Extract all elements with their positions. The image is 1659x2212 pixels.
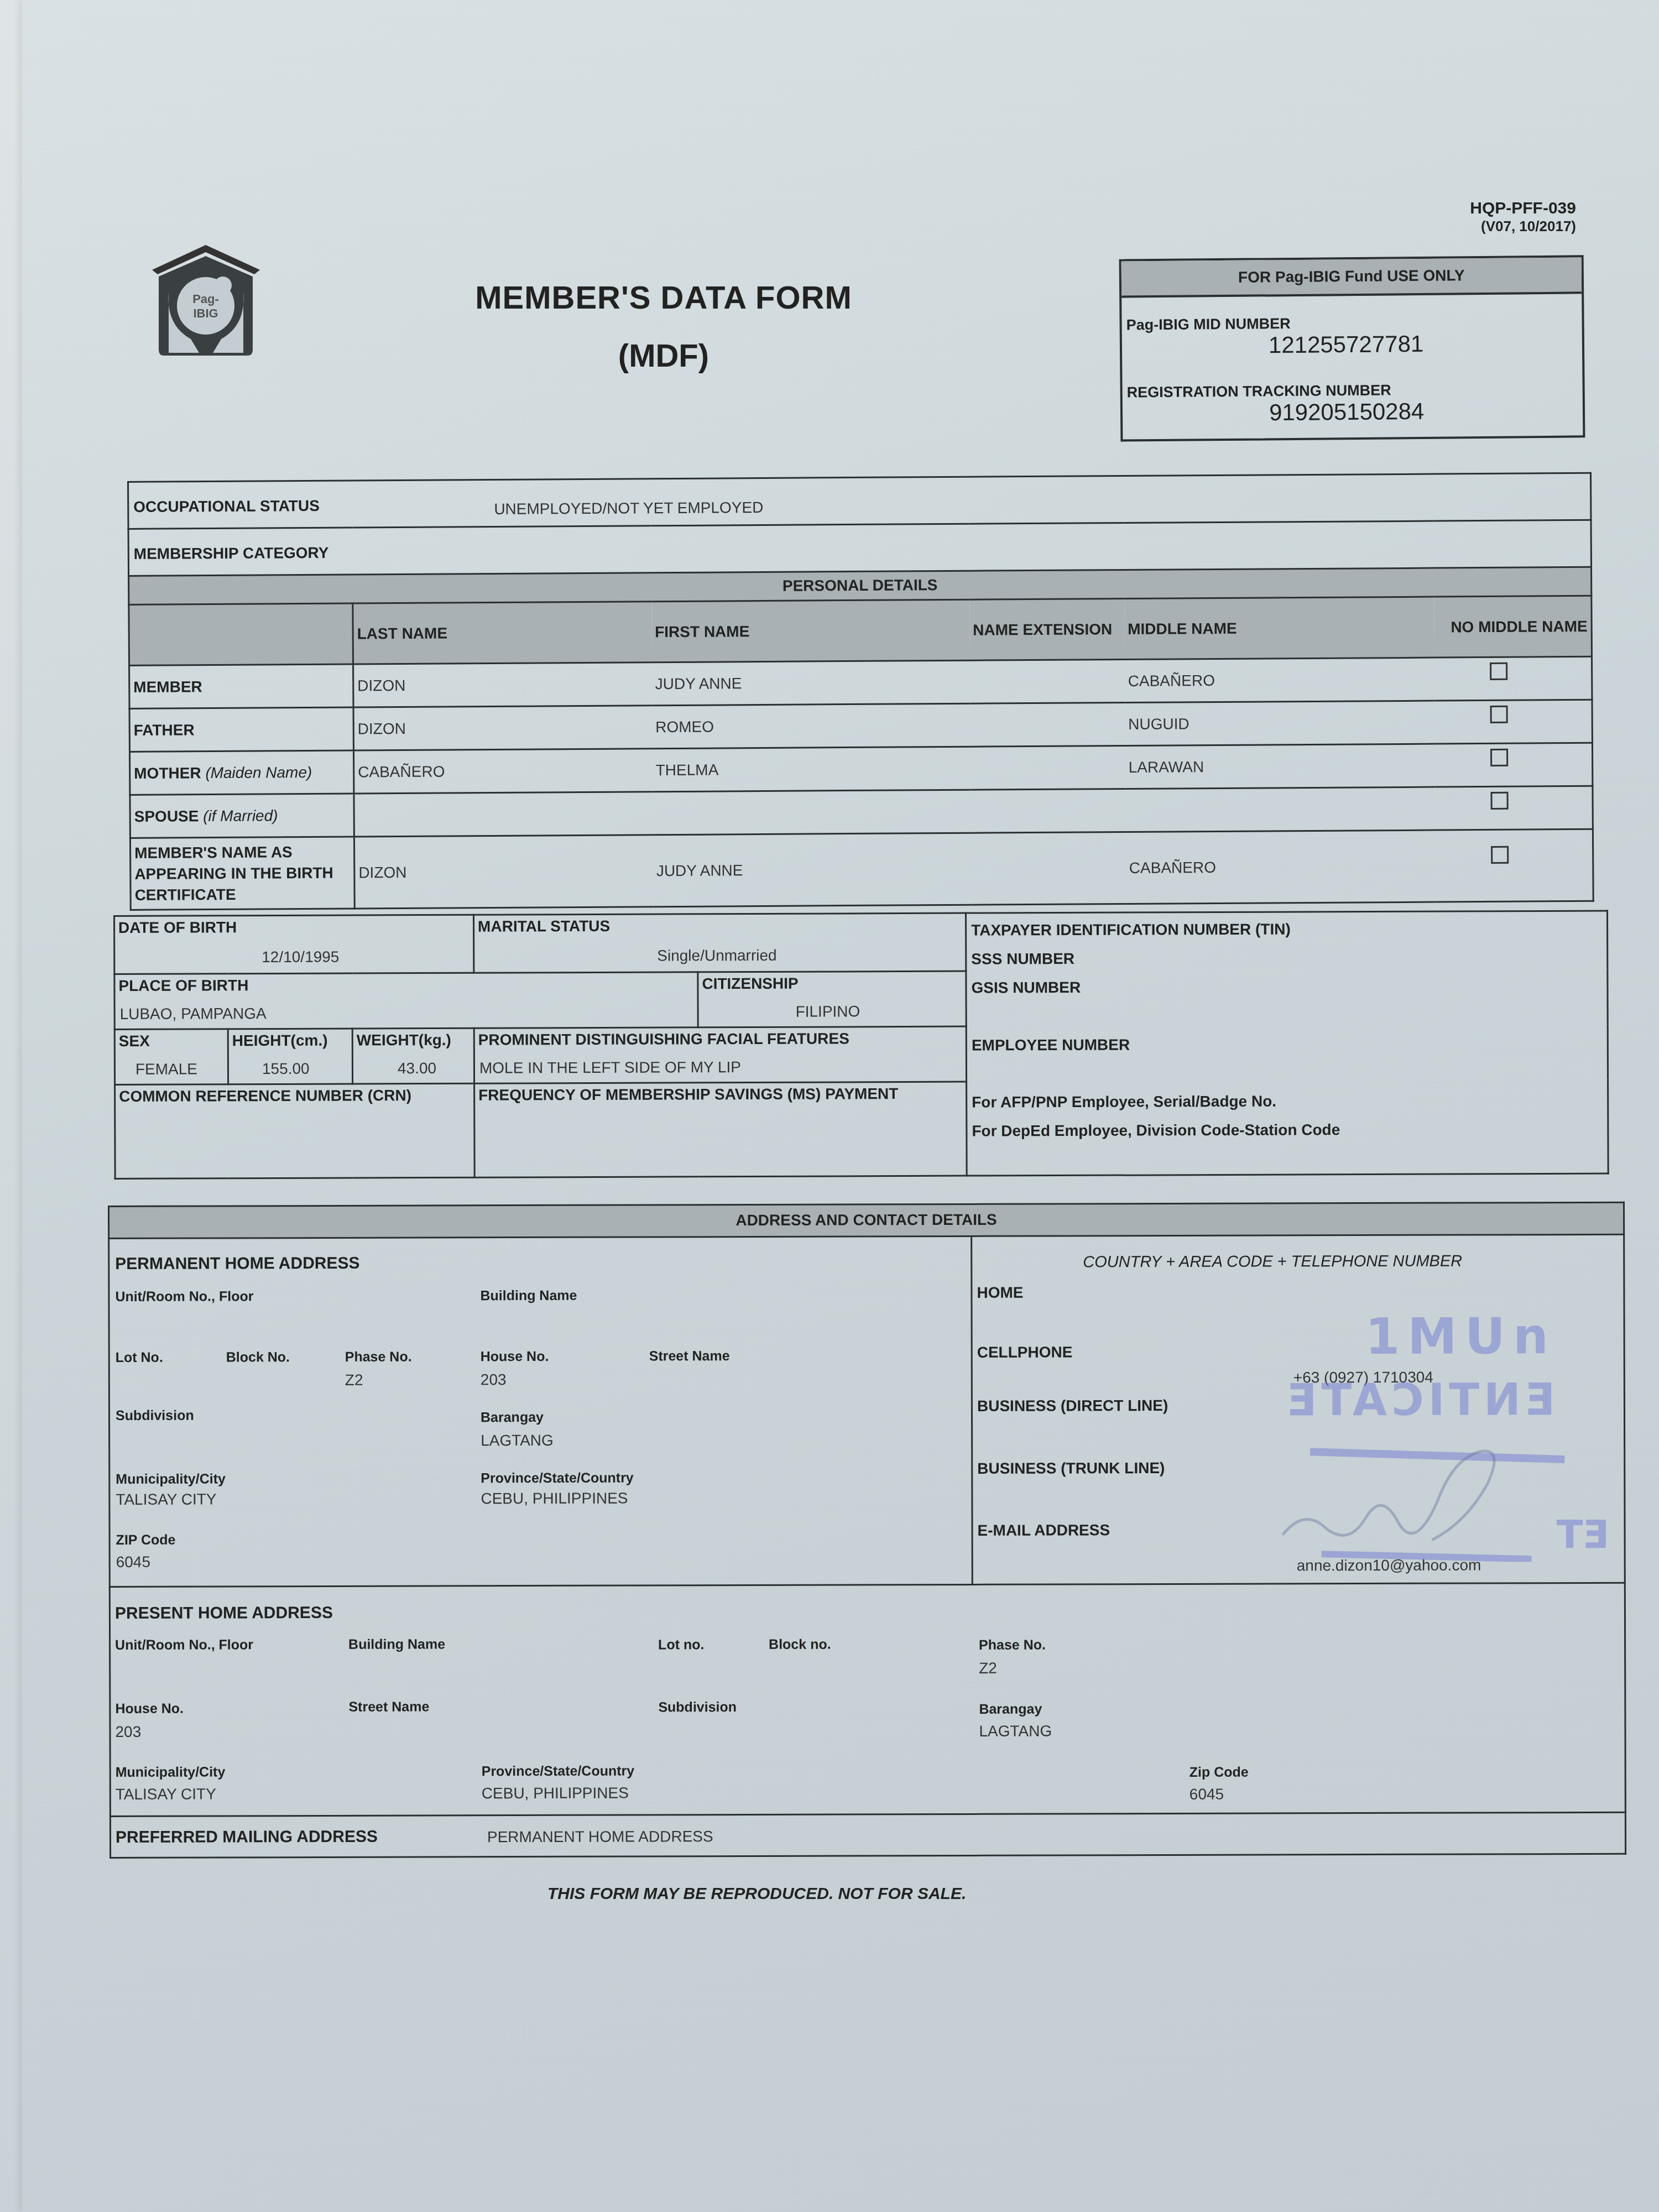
no-middle-name-cell [1434, 656, 1592, 701]
employee-number-label: EMPLOYEE NUMBER [972, 1036, 1130, 1055]
blank-header-cell [129, 603, 353, 665]
pres-barangay-value[interactable]: LAGTANG [979, 1723, 1052, 1740]
row-label: MEMBER'S NAME AS APPEARING IN THE BIRTH … [130, 837, 354, 910]
tin-label: TAXPAYER IDENTIFICATION NUMBER (TIN) [971, 921, 1291, 940]
col-middle-name: MIDDLE NAME [1124, 597, 1434, 659]
bio-details-table: DATE OF BIRTH 12/10/1995 MARITAL STATUS … [113, 910, 1609, 1180]
membership-category-row: MEMBERSHIP CATEGORY [128, 520, 1591, 576]
perm-province-label: Province/State/Country [481, 1470, 634, 1487]
pres-phase-value[interactable]: Z2 [979, 1660, 997, 1677]
reproduction-notice: THIS FORM MAY BE REPRODUCED. NOT FOR SAL… [547, 1885, 966, 1903]
sex-cell: SEX FEMALE [114, 1029, 228, 1085]
pres-zip-label: Zip Code [1190, 1765, 1249, 1781]
citizenship-label: CITIZENSHIP [702, 974, 962, 993]
pres-block-label: Block no. [769, 1637, 831, 1653]
facial-features-cell: PROMINENT DISTINGUISHING FACIAL FEATURES… [474, 1026, 966, 1083]
form-title: MEMBER'S DATA FORM [387, 279, 940, 316]
svg-text:IBIG: IBIG [193, 306, 218, 320]
pres-phase-label: Phase No. [979, 1637, 1046, 1653]
perm-barangay-label: Barangay [481, 1410, 544, 1426]
pres-unit-label: Unit/Room No., Floor [115, 1637, 253, 1653]
pres-city-value[interactable]: TALISAY CITY [116, 1785, 216, 1803]
middle-name-cell[interactable]: NUGUID [1125, 701, 1434, 745]
crn-label: COMMON REFERENCE NUMBER (CRN) [119, 1087, 470, 1105]
pres-house-value[interactable]: 203 [115, 1723, 141, 1741]
middle-name-cell[interactable]: CABAÑERO [1125, 658, 1434, 702]
perm-house-label: House No. [481, 1349, 549, 1365]
ms-frequency-cell: FREQUENCY OF MEMBERSHIP SAVINGS (MS) PAY… [474, 1082, 967, 1177]
height-value[interactable]: 155.00 [262, 1060, 310, 1078]
col-no-middle-name: NO MIDDLE NAME [1434, 596, 1592, 658]
home-phone-label: HOME [977, 1284, 1023, 1302]
last-name-cell[interactable]: DIZON [354, 835, 653, 909]
preferred-mailing-label: PREFERRED MAILING ADDRESS [116, 1828, 378, 1847]
no-middle-name-cell [1434, 743, 1592, 787]
perm-city-value[interactable]: TALISAY CITY [116, 1490, 216, 1508]
address-contact-header: ADDRESS AND CONTACT DETAILS [109, 1202, 1624, 1238]
citizenship-value[interactable]: FILIPINO [796, 1003, 860, 1020]
crn-cell: COMMON REFERENCE NUMBER (CRN) [115, 1083, 475, 1178]
height-label: HEIGHT(cm.) [232, 1032, 348, 1050]
name-extension-cell[interactable] [971, 832, 1126, 905]
permanent-address-cell: PERMANENT HOME ADDRESS Unit/Room No., Fl… [109, 1236, 973, 1587]
no-middle-name-cell [1434, 700, 1592, 744]
occupational-status-row: OCCUPATIONAL STATUS UNEMPLOYED/NOT YET E… [128, 473, 1591, 529]
government-ids-cell: TAXPAYER IDENTIFICATION NUMBER (TIN) SSS… [966, 911, 1609, 1176]
form-abbreviation: (MDF) [387, 337, 940, 374]
no-middle-name-checkbox[interactable] [1490, 706, 1507, 723]
last-name-cell[interactable]: DIZON [353, 662, 652, 707]
occupational-status-value[interactable]: UNEMPLOYED/NOT YET EMPLOYED [494, 499, 763, 518]
date-of-birth-value[interactable]: 12/10/1995 [262, 948, 339, 966]
no-middle-name-checkbox[interactable] [1490, 662, 1507, 680]
membership-category-label: MEMBERSHIP CATEGORY [134, 544, 329, 563]
row-label: MOTHER (Maiden Name) [129, 750, 353, 795]
table-row: MEMBER'S NAME AS APPEARING IN THE BIRTH … [130, 829, 1593, 910]
name-extension-cell[interactable] [971, 789, 1125, 833]
authentication-stamp-line2: ENTICATE [1282, 1374, 1556, 1426]
no-middle-name-cell [1435, 786, 1593, 830]
weight-label: WEIGHT(kg.) [357, 1031, 470, 1050]
preferred-mailing-value[interactable]: PERMANENT HOME ADDRESS [487, 1828, 713, 1846]
no-middle-name-checkbox[interactable] [1490, 749, 1508, 766]
cellphone-label: CELLPHONE [977, 1343, 1073, 1361]
present-address-cell: PRESENT HOME ADDRESS Unit/Room No., Floo… [109, 1583, 1625, 1816]
name-column-headers: LAST NAME FIRST NAME NAME EXTENSION MIDD… [129, 596, 1592, 665]
first-name-cell[interactable]: JUDY ANNE [653, 833, 971, 907]
no-middle-name-checkbox[interactable] [1491, 846, 1509, 864]
last-name-cell[interactable]: DIZON [353, 706, 652, 750]
place-of-birth-label: PLACE OF BIRTH [118, 975, 693, 995]
first-name-cell[interactable] [653, 790, 971, 835]
col-name-extension: NAME EXTENSION [969, 598, 1125, 660]
perm-phase-value[interactable]: Z2 [345, 1371, 363, 1389]
personal-details-table: OCCUPATIONAL STATUS UNEMPLOYED/NOT YET E… [127, 472, 1594, 911]
place-of-birth-cell: PLACE OF BIRTH LUBAO, PAMPANGA [114, 972, 698, 1030]
pres-city-label: Municipality/City [116, 1764, 226, 1781]
pres-lot-label: Lot no. [658, 1637, 704, 1653]
form-code: HQP-PFF-039 (V07, 10/2017) [1470, 199, 1576, 235]
first-name-cell[interactable]: THELMA [652, 747, 970, 792]
perm-phase-label: Phase No. [345, 1349, 412, 1365]
mid-number-value: 121255727781 [1269, 331, 1424, 358]
sex-value[interactable]: FEMALE [135, 1060, 197, 1078]
pres-subdivision-label: Subdivision [658, 1699, 737, 1715]
perm-house-value[interactable]: 203 [481, 1371, 507, 1389]
preferred-mailing-row: PREFERRED MAILING ADDRESS PERMANENT HOME… [110, 1812, 1625, 1858]
phone-format-hint: COUNTRY + AREA CODE + TELEPHONE NUMBER [1083, 1253, 1462, 1272]
sss-label: SSS NUMBER [971, 950, 1074, 968]
afp-pnp-label: For AFP/PNP Employee, Serial/Badge No. [972, 1093, 1276, 1112]
perm-lot-label: Lot No. [116, 1350, 163, 1366]
perm-city-label: Municipality/City [116, 1471, 226, 1488]
fund-use-header: FOR Pag-IBIG Fund USE ONLY [1121, 257, 1582, 298]
perm-subdivision-label: Subdivision [116, 1408, 194, 1424]
perm-zip-label: ZIP Code [116, 1532, 176, 1548]
middle-name-cell[interactable]: LARAWAN [1125, 744, 1434, 789]
gsis-label: GSIS NUMBER [971, 979, 1081, 997]
col-first-name: FIRST NAME [651, 599, 970, 662]
svg-text:Pag-: Pag- [192, 292, 219, 306]
row-label: SPOUSE (if Married) [130, 794, 354, 838]
last-name-cell[interactable] [354, 792, 653, 837]
height-cell: HEIGHT(cm.) 155.00 [228, 1029, 352, 1084]
form-code-number: HQP-PFF-039 [1470, 199, 1576, 218]
weight-cell: WEIGHT(kg.) 43.00 [352, 1028, 474, 1084]
row-label: FATHER [129, 707, 353, 752]
col-last-name: LAST NAME [353, 602, 652, 664]
perm-street-label: Street Name [649, 1348, 730, 1364]
permanent-address-title: PERMANENT HOME ADDRESS [115, 1254, 359, 1274]
name-extension-cell[interactable] [970, 745, 1125, 790]
facial-features-label: PROMINENT DISTINGUISHING FACIAL FEATURES [478, 1030, 962, 1049]
perm-building-label: Building Name [480, 1288, 577, 1304]
name-extension-cell[interactable] [970, 659, 1125, 703]
facial-features-value[interactable]: MOLE IN THE LEFT SIDE OF MY LIP [479, 1058, 741, 1077]
deped-label: For DepEd Employee, Division Code-Statio… [972, 1121, 1340, 1140]
authentication-stamp-line1: 1MUn [1365, 1307, 1556, 1366]
ms-frequency-label: FREQUENCY OF MEMBERSHIP SAVINGS (MS) PAY… [478, 1085, 962, 1104]
marital-status-cell: MARITAL STATUS Single/Unmarried [474, 913, 966, 973]
address-contact-table: ADDRESS AND CONTACT DETAILS PERMANENT HO… [108, 1202, 1626, 1859]
marital-status-value[interactable]: Single/Unmarried [657, 947, 776, 965]
first-name-cell[interactable]: JUDY ANNE [652, 660, 970, 706]
place-of-birth-value[interactable]: LUBAO, PAMPANGA [120, 1005, 267, 1023]
middle-name-cell[interactable] [1125, 787, 1435, 832]
perm-barangay-value[interactable]: LAGTANG [481, 1432, 554, 1449]
perm-province-value[interactable]: CEBU, PHILIPPINES [481, 1490, 628, 1508]
business-trunk-label: BUSINESS (TRUNK LINE) [977, 1459, 1165, 1478]
sex-label: SEX [119, 1032, 224, 1050]
perm-unit-label: Unit/Room No., Floor [115, 1288, 253, 1305]
pres-street-label: Street Name [348, 1699, 429, 1715]
mid-number-label: Pag-IBIG MID NUMBER [1126, 315, 1290, 334]
citizenship-cell: CITIZENSHIP FILIPINO [698, 971, 966, 1027]
middle-name-cell[interactable]: CABAÑERO [1125, 830, 1436, 904]
weight-value[interactable]: 43.00 [398, 1060, 436, 1077]
first-name-cell[interactable]: ROMEO [652, 703, 970, 749]
signature-icon [1271, 1434, 1582, 1562]
date-of-birth-label: DATE OF BIRTH [118, 918, 469, 937]
contact-details-cell: COUNTRY + AREA CODE + TELEPHONE NUMBER H… [972, 1234, 1625, 1584]
date-of-birth-cell: DATE OF BIRTH 12/10/1995 [114, 915, 474, 974]
email-label: E-MAIL ADDRESS [978, 1521, 1110, 1540]
present-address-title: PRESENT HOME ADDRESS [115, 1604, 333, 1623]
pres-province-value[interactable]: CEBU, PHILIPPINES [482, 1785, 629, 1803]
row-label: MEMBER [129, 664, 353, 708]
name-extension-cell[interactable] [970, 702, 1125, 747]
pag-ibig-logo-icon: Pag- IBIG [147, 242, 265, 358]
business-direct-label: BUSINESS (DIRECT LINE) [977, 1397, 1168, 1415]
form-version: (V07, 10/2017) [1470, 218, 1576, 235]
pres-house-label: House No. [115, 1701, 184, 1717]
no-middle-name-cell [1435, 829, 1593, 902]
no-middle-name-checkbox[interactable] [1490, 792, 1508, 810]
occupational-status-label: OCCUPATIONAL STATUS [133, 497, 320, 516]
pres-barangay-label: Barangay [979, 1702, 1042, 1718]
perm-zip-value[interactable]: 6045 [116, 1553, 150, 1571]
pres-zip-value[interactable]: 6045 [1190, 1786, 1224, 1803]
rtn-value: 919205150284 [1269, 398, 1425, 426]
marital-status-label: MARITAL STATUS [478, 916, 962, 936]
pres-building-label: Building Name [348, 1636, 445, 1652]
perm-block-label: Block No. [226, 1349, 290, 1365]
last-name-cell[interactable]: CABAÑERO [353, 749, 652, 794]
fund-use-only-box: FOR Pag-IBIG Fund USE ONLY Pag-IBIG MID … [1119, 255, 1585, 441]
pres-province-label: Province/State/Country [482, 1764, 635, 1780]
